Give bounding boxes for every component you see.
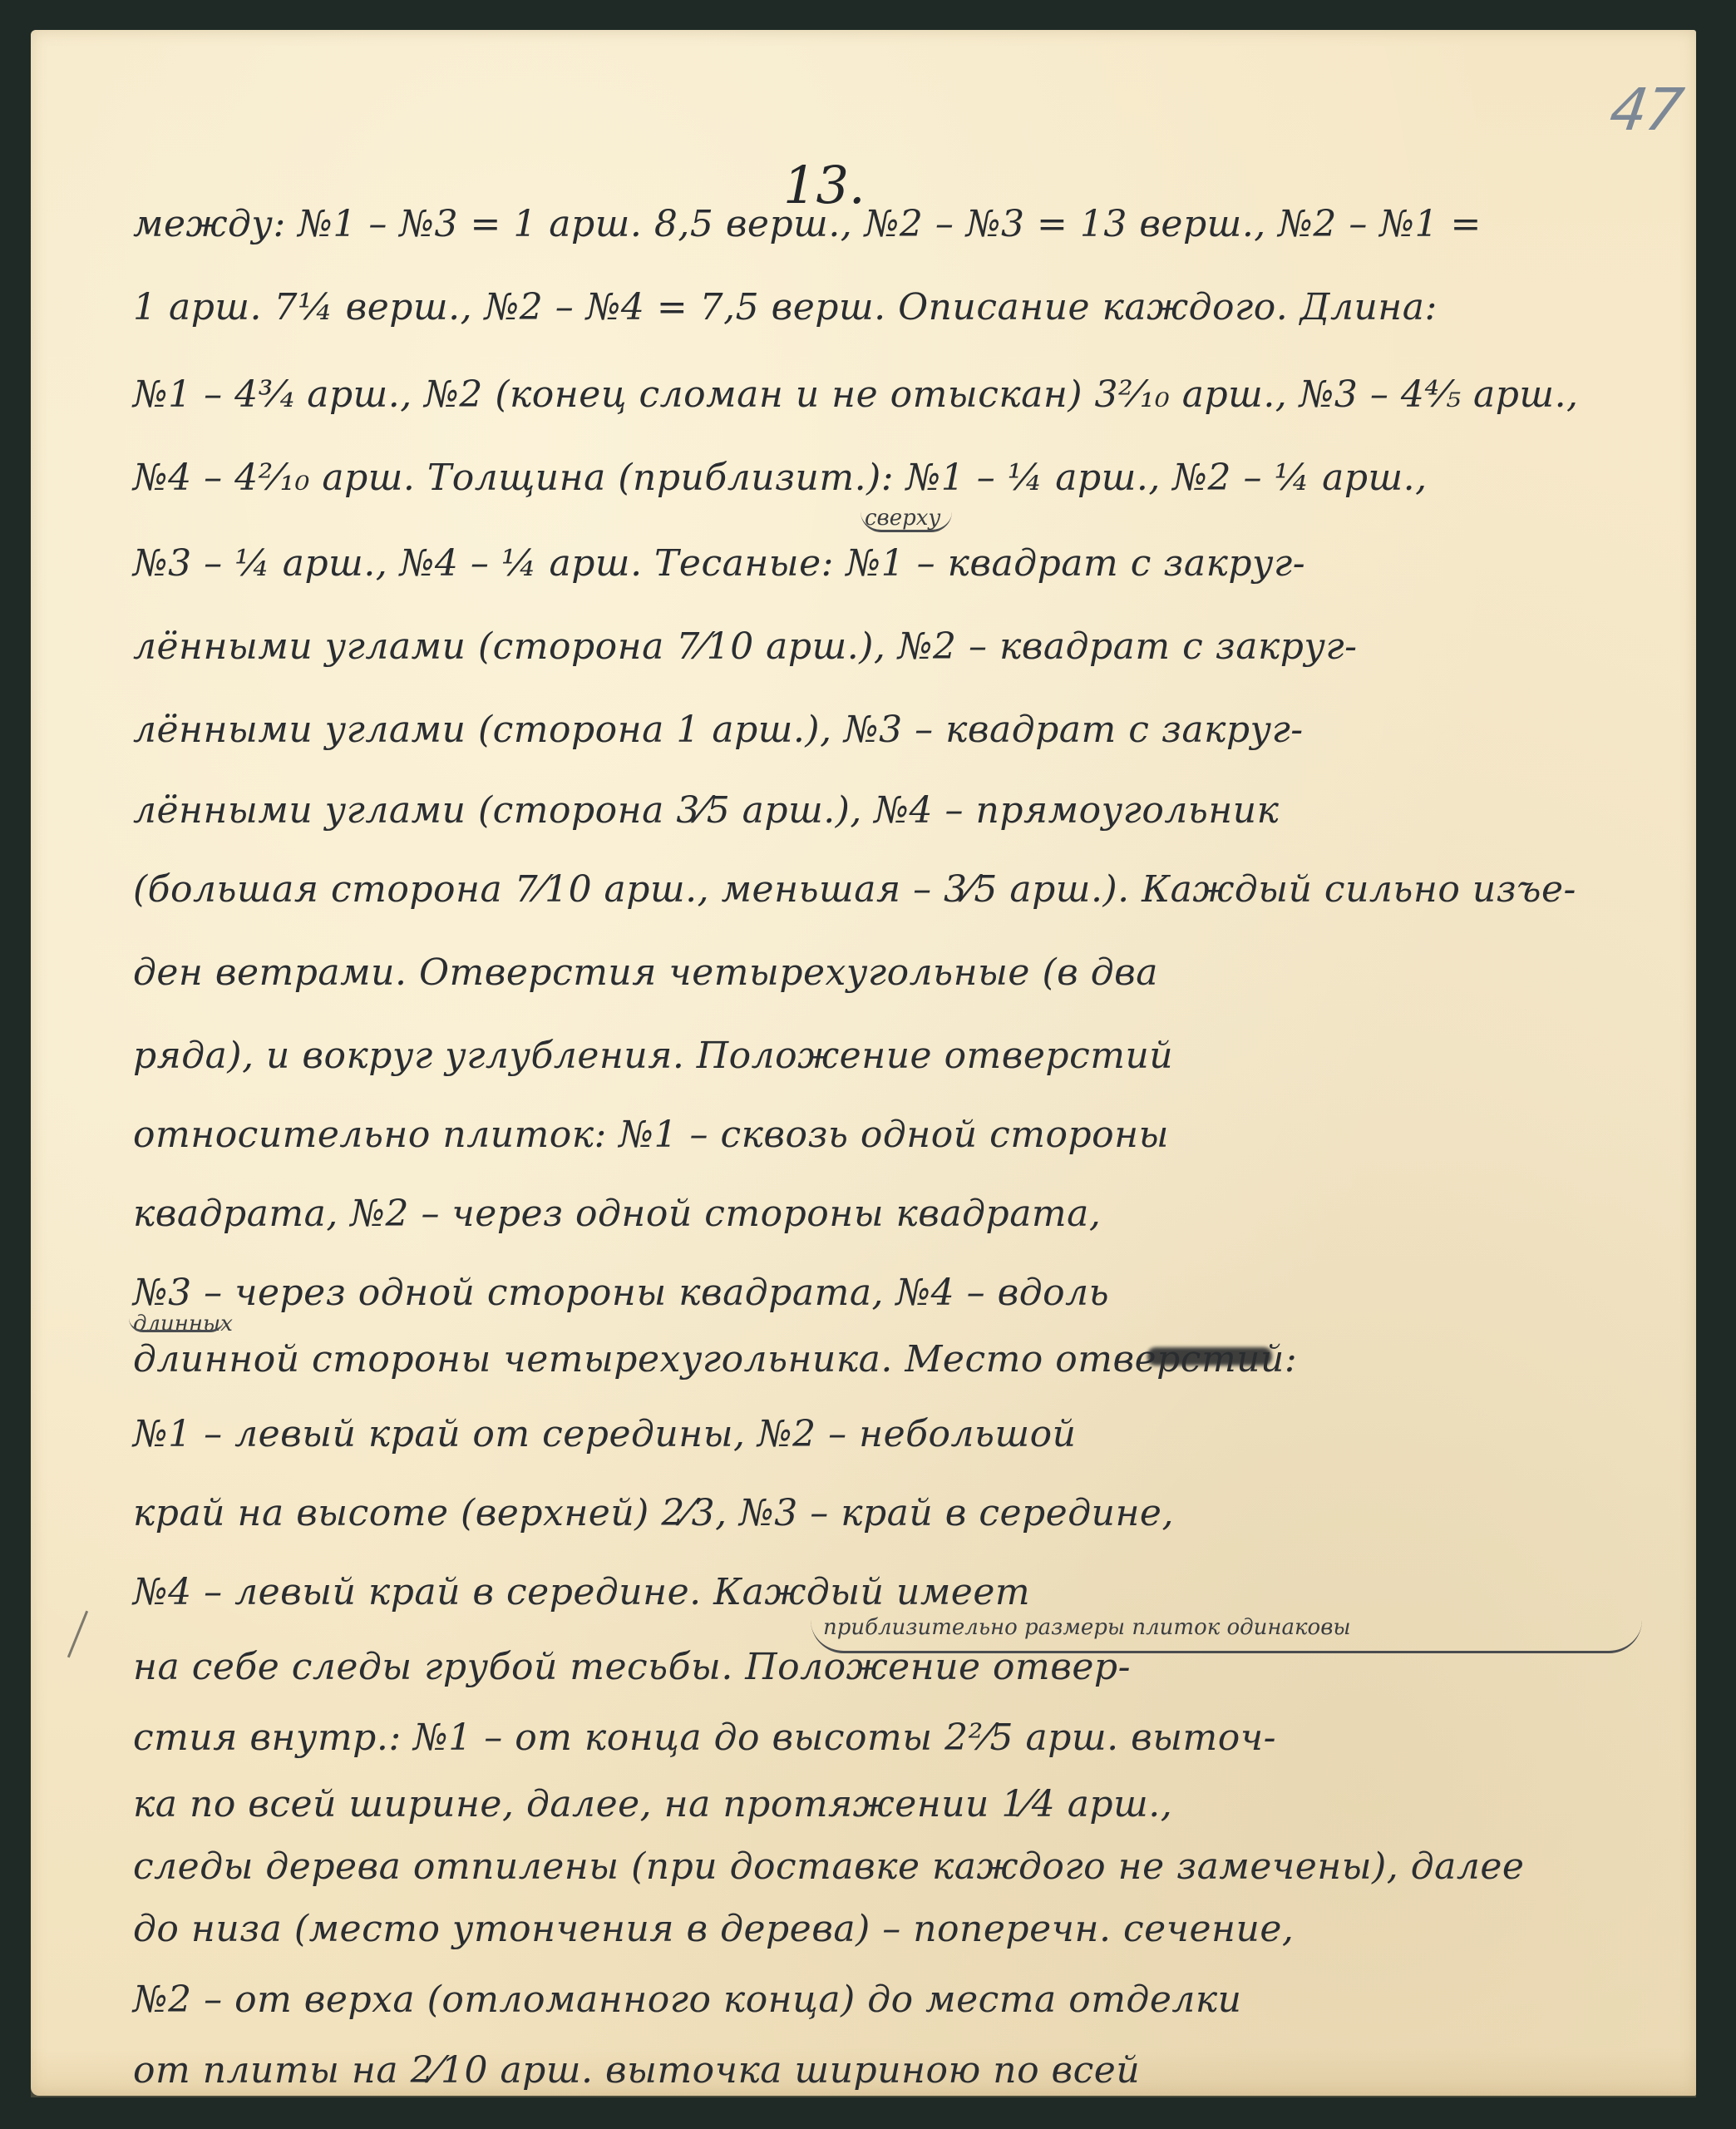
text-line: край на высоте (верхней) 2⁄3, №3 – край … <box>133 1489 1696 1539</box>
text-line: (большая сторона 7⁄10 арш., меньшая – 3⁄… <box>133 865 1696 915</box>
text-line: от плиты на 2⁄10 арш. выточка шириною по… <box>133 2046 1696 2096</box>
text-line: 1 арш. 7¼ верш., №2 – №4 = 7,5 верш. Опи… <box>133 283 1696 333</box>
text-line: №2 – от верха (отломанного конца) до мес… <box>133 1975 1696 2025</box>
text-line: №1 – левый край от середины, №2 – неболь… <box>133 1410 1696 1460</box>
text-line: №1 – 4³⁄₄ арш., №2 (конец сломан и не от… <box>133 370 1696 420</box>
text-line: квадрата, №2 – через одной стороны квадр… <box>133 1189 1696 1239</box>
text-line: между: №1 – №3 = 1 арш. 8,5 верш., №2 – … <box>133 200 1696 249</box>
insertion-caret <box>861 511 952 532</box>
text-line: лёнными углами (сторона 1 арш.), №3 – кв… <box>133 705 1696 755</box>
text-line: ден ветрами. Отверстия четырехугольные (… <box>133 948 1696 998</box>
text-line: длинной стороны четырехугольника. Место … <box>133 1335 1696 1385</box>
text-line: №3 – через одной стороны квадрата, №4 – … <box>133 1268 1696 1318</box>
text-line: до низа (место утончения в дерева) – поп… <box>133 1904 1696 1954</box>
text-line: лёнными углами (сторона 3⁄5 арш.), №4 – … <box>133 786 1696 836</box>
text-line: ряда), и вокруг углубления. Положение от… <box>133 1031 1696 1081</box>
text-line: относительно плиток: №1 – сквозь одной с… <box>133 1110 1696 1160</box>
insertion-caret <box>129 1318 224 1332</box>
text-line: следы дерева отпилены (при доставке кажд… <box>133 1842 1696 1892</box>
text-line: №4 – 4²⁄₁₀ арш. Толщина (приблизит.): №1… <box>133 453 1696 503</box>
text-line: лёнными углами (сторона 7⁄10 арш.), №2 –… <box>133 622 1696 672</box>
text-line: №4 – левый край в середине. Каждый имеет <box>133 1568 1696 1618</box>
text-line: №3 – ¼ арш., №4 – ¼ арш. Тесаные: №1 – к… <box>133 539 1696 589</box>
text-line: на себе следы грубой тесьбы. Положение о… <box>133 1642 1696 1692</box>
struck-out-word <box>1147 1347 1272 1366</box>
text-line: ка по всей ширине, далее, на протяжении … <box>133 1780 1696 1830</box>
text-line: стия внутр.: №1 – от конца до высоты 2²⁄… <box>133 1713 1696 1763</box>
archive-folio-number: 47 <box>1605 76 1686 144</box>
